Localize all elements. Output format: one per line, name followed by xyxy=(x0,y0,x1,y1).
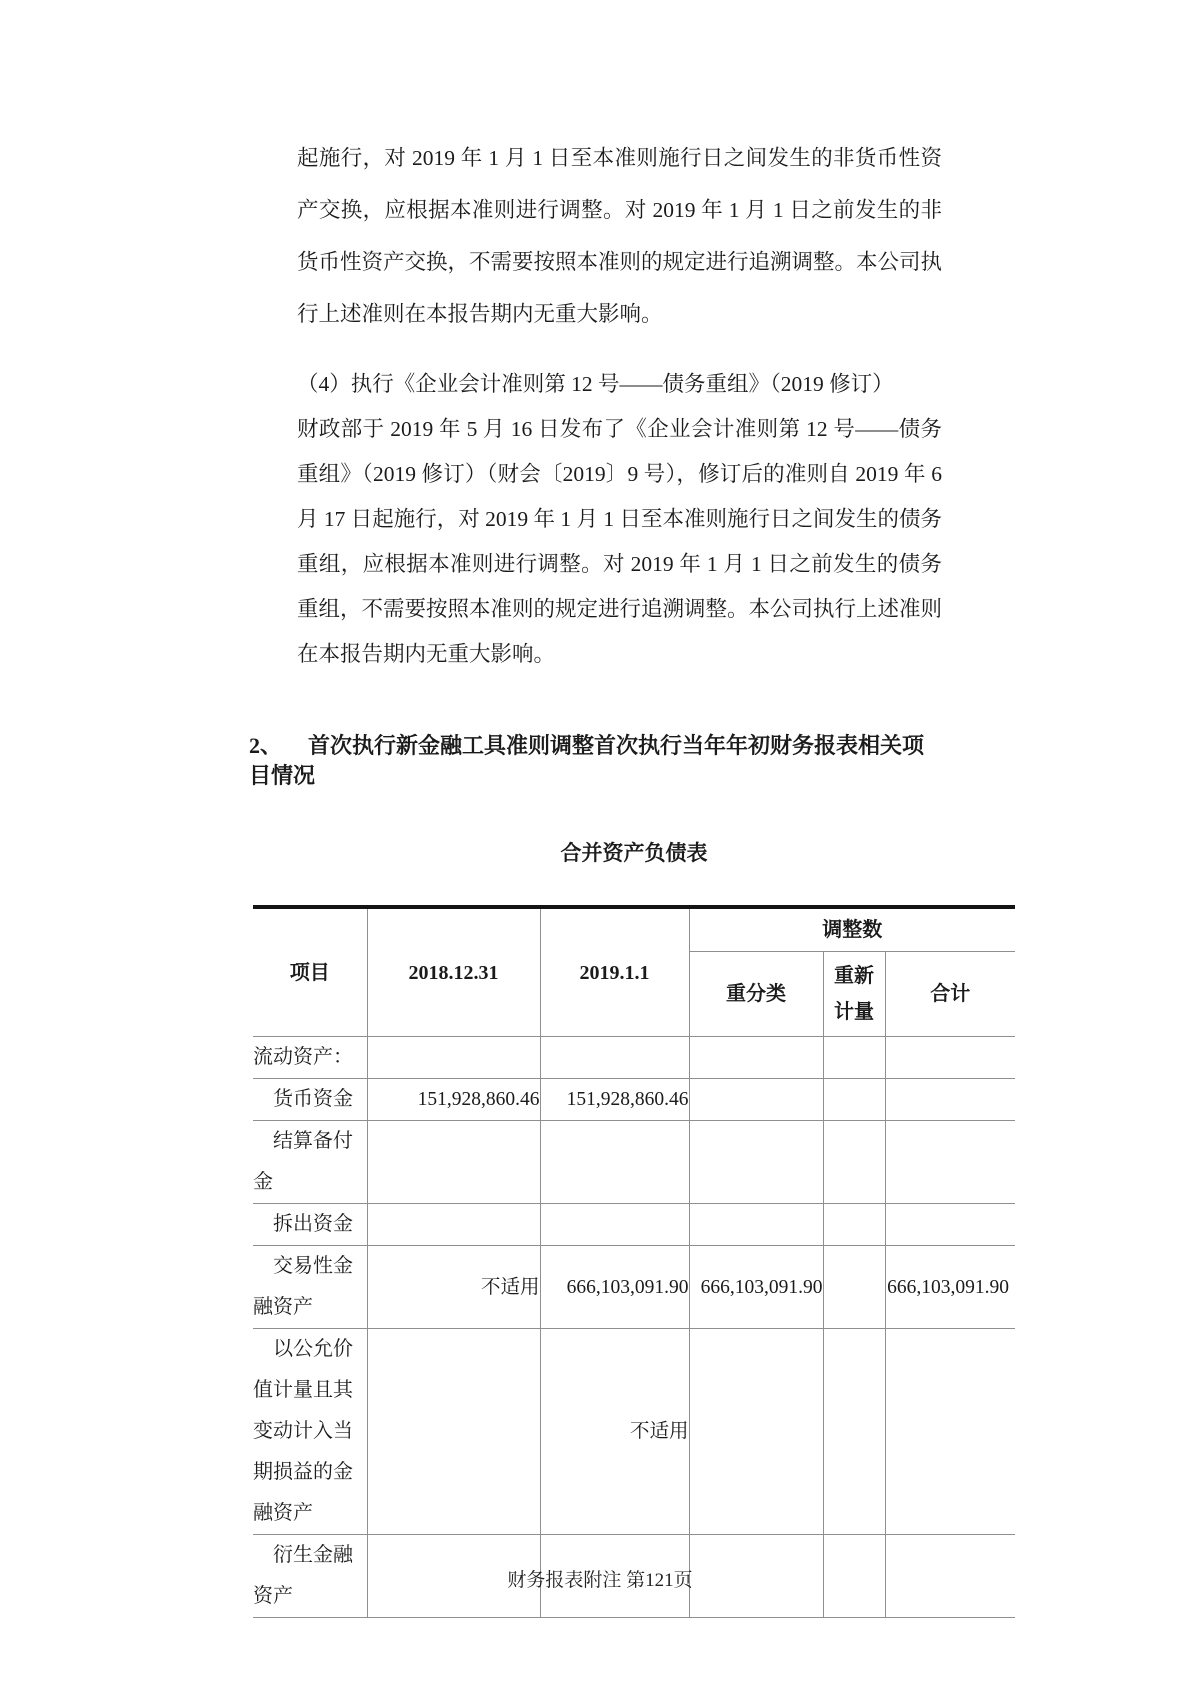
header-remeasurement: 重新 计量 xyxy=(823,952,885,1037)
cell-2018: 151,928,860.46 xyxy=(367,1079,540,1121)
header-2018-12-31: 2018.12.31 xyxy=(367,907,540,1037)
cell-total xyxy=(885,1079,1015,1121)
cell-total xyxy=(885,1037,1015,1079)
heading-2: 2、首次执行新金融工具准则调整首次执行当年年初财务报表相关项目情况 xyxy=(249,731,942,791)
header-adjustments: 调整数 xyxy=(689,907,1015,952)
cell-remeasure xyxy=(823,1246,885,1329)
table-row-fvtpl-financial-assets: 以公允价 值计量且其 变动计入当 期损益的金 融资产 不适用 xyxy=(253,1329,1015,1535)
cell-remeasure xyxy=(823,1079,885,1121)
table-row-current-assets: 流动资产： xyxy=(253,1037,1015,1079)
row-label: 交易性金 融资产 xyxy=(253,1246,367,1329)
cell-total xyxy=(885,1204,1015,1246)
header-2019-1-1: 2019.1.1 xyxy=(540,907,689,1037)
cell-2018 xyxy=(367,1037,540,1079)
cell-2019 xyxy=(540,1121,689,1204)
header-row-top: 项目 2018.12.31 2019.1.1 调整数 xyxy=(253,907,1015,952)
row-label: 流动资产： xyxy=(253,1037,367,1079)
cell-2019: 666,103,091.90 xyxy=(540,1246,689,1329)
header-reclassification: 重分类 xyxy=(689,952,823,1037)
cell-2019: 151,928,860.46 xyxy=(540,1079,689,1121)
cell-remeasure xyxy=(823,1204,885,1246)
row-label: 结算备付 金 xyxy=(253,1121,367,1204)
document-page: 起施行，对 2019 年 1 月 1 日至本准则施行日之间发生的非货币性资产交换… xyxy=(0,0,1200,1696)
cell-reclass: 666,103,091.90 xyxy=(689,1246,823,1329)
cell-2019 xyxy=(540,1037,689,1079)
heading-2-text: 首次执行新金融工具准则调整首次执行当年年初财务报表相关项目情况 xyxy=(249,733,924,788)
cell-remeasure xyxy=(823,1121,885,1204)
cell-reclass xyxy=(689,1079,823,1121)
cell-2019 xyxy=(540,1204,689,1246)
cell-total xyxy=(885,1121,1015,1204)
row-label: 货币资金 xyxy=(253,1079,367,1121)
table-row-settlement-reserves: 结算备付 金 xyxy=(253,1121,1015,1204)
paragraph-nonmonetary-assets: 起施行，对 2019 年 1 月 1 日至本准则施行日之间发生的非货币性资产交换… xyxy=(297,132,942,340)
header-item: 项目 xyxy=(253,907,367,1037)
table-row-lending-funds: 拆出资金 xyxy=(253,1204,1015,1246)
cell-reclass xyxy=(689,1204,823,1246)
cell-total xyxy=(885,1329,1015,1535)
section-4-block: （4）执行《企业会计准则第 12 号——债务重组》（2019 修订） 财政部于 … xyxy=(297,362,942,677)
header-total: 合计 xyxy=(885,952,1015,1037)
cell-2019: 不适用 xyxy=(540,1329,689,1535)
cell-2018 xyxy=(367,1121,540,1204)
heading-2-number: 2、 xyxy=(249,731,308,761)
cell-2018: 不适用 xyxy=(367,1246,540,1329)
table-title: 合并资产负债表 xyxy=(253,837,1015,867)
row-label: 以公允价 值计量且其 变动计入当 期损益的金 融资产 xyxy=(253,1329,367,1535)
cell-2018 xyxy=(367,1329,540,1535)
row-label: 拆出资金 xyxy=(253,1204,367,1246)
consolidated-balance-sheet-table: 项目 2018.12.31 2019.1.1 调整数 重分类 重新 计量 合计 … xyxy=(253,905,1015,1618)
table-row-trading-financial-assets: 交易性金 融资产 不适用 666,103,091.90 666,103,091.… xyxy=(253,1246,1015,1329)
page-footer: 财务报表附注 第121页 xyxy=(0,1565,1200,1592)
table-row-cash: 货币资金 151,928,860.46 151,928,860.46 xyxy=(253,1079,1015,1121)
cell-reclass xyxy=(689,1329,823,1535)
cell-reclass xyxy=(689,1121,823,1204)
cell-total: 666,103,091.90 xyxy=(885,1246,1015,1329)
section-4-paragraph: 财政部于 2019 年 5 月 16 日发布了《企业会计准则第 12 号——债务… xyxy=(297,407,942,677)
cell-remeasure xyxy=(823,1037,885,1079)
section-4-title: （4）执行《企业会计准则第 12 号——债务重组》（2019 修订） xyxy=(297,362,942,407)
cell-remeasure xyxy=(823,1329,885,1535)
cell-2018 xyxy=(367,1204,540,1246)
cell-reclass xyxy=(689,1037,823,1079)
